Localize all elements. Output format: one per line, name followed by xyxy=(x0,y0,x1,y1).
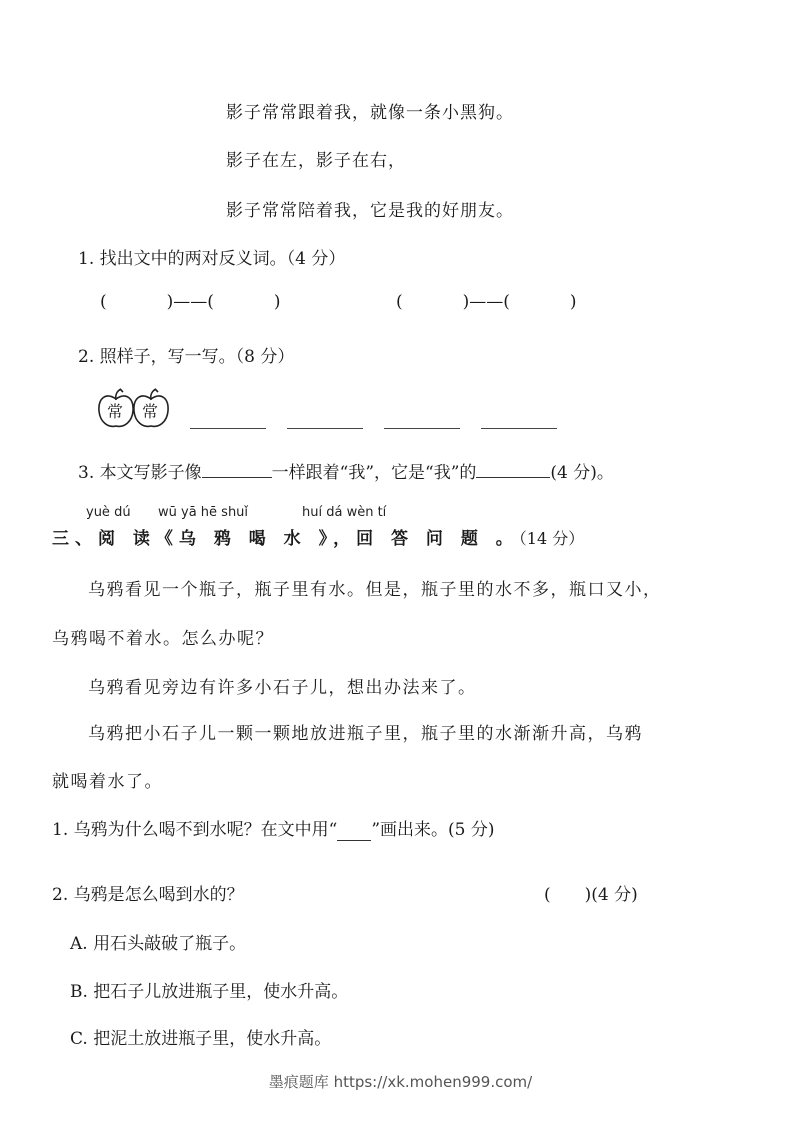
question-2-label: 2. 照样子，写一写。（8 分） xyxy=(78,342,294,367)
paren-close: ) xyxy=(274,292,281,312)
option-a[interactable]: A. 用石头敲破了瓶子。 xyxy=(70,929,246,954)
passage-line-3: 乌鸦看见旁边有许多小石子儿，想出办法来了。 xyxy=(88,673,477,698)
underline-sample xyxy=(337,840,371,841)
answer-blank-1[interactable] xyxy=(190,428,266,429)
paren-dash: )——( xyxy=(463,292,510,312)
poem-line-3: 影子常常陪着我，它是我的好朋友。 xyxy=(226,196,514,221)
answer-blank-3[interactable] xyxy=(384,428,460,429)
paren-dash: )——( xyxy=(167,292,214,312)
option-b[interactable]: B. 把石子儿放进瓶子里，使水升高。 xyxy=(70,977,348,1002)
apple-icon: 常 xyxy=(96,386,136,434)
watermark-footer: 墨痕题库 https://xk.mohen999.com/ xyxy=(0,1071,801,1092)
section-3-heading: 三、阅 读《乌 鸦 喝 水 》，回 答 问 题 。（14 分） xyxy=(52,524,584,549)
answer-blank-2[interactable] xyxy=(287,428,363,429)
antonym-pair-2[interactable]: ()——() xyxy=(396,292,577,312)
s3q1-suffix: ”画出来。(5 分) xyxy=(371,820,494,840)
q3-suffix: (4 分)。 xyxy=(550,463,613,483)
apple-char: 常 xyxy=(107,399,123,422)
passage-line-2: 乌鸦喝不着水。怎么办呢？ xyxy=(52,624,274,649)
section-3-question-2-answer[interactable]: ( )(4 分) xyxy=(544,880,638,905)
s3q1-prefix: 1. 乌鸦为什么喝不到水呢？在文中用“ xyxy=(52,820,337,840)
pinyin-huidawenti: huí dá wèn tí xyxy=(302,505,386,520)
section-3-title: 三、阅 读《乌 鸦 喝 水 》，回 答 问 题 。 xyxy=(52,529,519,549)
apple-char: 常 xyxy=(142,399,158,422)
q3-middle: 一样跟着“我”，它是“我”的 xyxy=(272,463,477,483)
pinyin-yuedu: yuè dú xyxy=(86,505,131,520)
option-c[interactable]: C. 把泥土放进瓶子里，使水升高。 xyxy=(70,1024,331,1049)
paren-open: ( xyxy=(396,292,403,312)
pinyin-wuyaheshui: wū yā hē shuǐ xyxy=(158,505,248,520)
q3-blank-1[interactable] xyxy=(202,477,272,478)
question-1-label: 1. 找出文中的两对反义词。（4 分） xyxy=(78,244,345,269)
apple-icon: 常 xyxy=(131,386,171,434)
section-3-score: （14 分） xyxy=(519,529,584,548)
passage-line-4: 乌鸦把小石子儿一颗一颗地放进瓶子里，瓶子里的水渐渐升高，乌鸦 xyxy=(88,719,643,744)
passage-line-1: 乌鸦看见一个瓶子，瓶子里有水。但是，瓶子里的水不多，瓶口又小， xyxy=(88,575,662,600)
paren-close: ) xyxy=(570,292,577,312)
answer-blank-4[interactable] xyxy=(481,428,557,429)
q3-prefix: 3. 本文写影子像 xyxy=(78,463,202,483)
s3q2-score: (4 分) xyxy=(591,885,637,905)
q3-blank-2[interactable] xyxy=(476,477,550,478)
section-3-question-2-label: 2. 乌鸦是怎么喝到水的？ xyxy=(52,880,244,905)
section-3-question-1: 1. 乌鸦为什么喝不到水呢？在文中用“”画出来。(5 分) xyxy=(52,815,495,840)
poem-line-1: 影子常常跟着我，就像一条小黑狗。 xyxy=(226,98,514,123)
answer-paren[interactable]: ( ) xyxy=(544,885,591,905)
passage-line-5: 就喝着水了。 xyxy=(52,767,163,792)
antonym-pair-1[interactable]: ()——() xyxy=(100,292,281,312)
poem-line-2: 影子在左，影子在右， xyxy=(226,146,406,171)
question-3: 3. 本文写影子像一样跟着“我”，它是“我”的(4 分)。 xyxy=(78,458,614,483)
paren-open: ( xyxy=(100,292,107,312)
